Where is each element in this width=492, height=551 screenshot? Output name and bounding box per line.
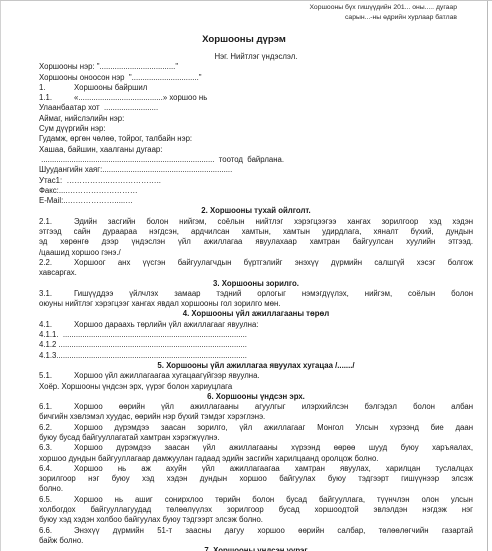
clause-text: байж болно. (39, 536, 83, 545)
paragraph-line: 6.3.Хоршоо дүрэмдээ заасан үйл ажиллагаа… (39, 443, 473, 453)
paragraph-line: эд хөрөнгө дээр үндэслэн үйл ажиллагаа я… (39, 237, 473, 247)
numbered-item: 5.1.Хоршоо үйл ажиллагаагаа хугацаагүйгэ… (39, 371, 473, 381)
paragraph-line: байж болно. (39, 536, 473, 546)
paragraph-line: 6.5.Хоршоо нь ашиг сонирхлоо төрийн боло… (39, 495, 473, 505)
clause-number: 2.2. (39, 258, 74, 268)
doc-line: Шуудангийн хаяг:........................… (39, 165, 473, 175)
clause-text: болно. (39, 484, 63, 493)
clause-number: 6.2. (39, 423, 74, 433)
clause-text: Хоршоо нь аж ахуйн үйл ажиллагаагаа хамт… (74, 464, 473, 473)
clause-text: этгээд сайн дураараа нэгдсэн, ардчилсан … (39, 227, 473, 236)
item-text: Хоршоо үйл ажиллагаагаа хугацаагүйгээр я… (74, 371, 260, 380)
approval-note: Хоршооны бүх гишүүдийн 201... оны..... д… (1, 3, 457, 22)
clause-text: /цаашид хоршоо гэнэ./ (39, 248, 121, 257)
clause-number: 6.6. (39, 526, 74, 536)
clause-number: 2.1. (39, 217, 74, 227)
numbered-item: 1.Хоршооны байршил (39, 83, 473, 93)
paragraph-line: этгээд сайн дураараа нэгдсэн, ардчилсан … (39, 227, 473, 237)
doc-line: Гудамж, өргөн чөлөө, тойрог, талбайн нэр… (39, 134, 473, 144)
clause-number: 3.1. (39, 289, 74, 299)
clause-text: Хоршоог анх үүсгэн байгуулагчдын бүртгэл… (74, 258, 473, 267)
clause-number: 6.4. (39, 464, 74, 474)
approval-line: Хоршооны бүх гишүүдийн 201... оны..... д… (1, 3, 457, 13)
clause-number: 6.3. (39, 443, 74, 453)
clause-text: Гишүүддээ үйлчлэх замаар тэдний орлогыг … (74, 289, 473, 298)
approval-line: сарын...-ны өдрийн хурлаар батлав (1, 13, 457, 23)
section-heading: 5. Хоршооны үйл ажиллагаа явуулах хугаца… (39, 361, 473, 371)
paragraph-line: 2.2.Хоршоог анх үүсгэн байгуулагчдын бүр… (39, 258, 473, 268)
clause-text: зорилгоор нэг буюу хэд хэдэн дундын хорш… (39, 474, 473, 483)
section-label: Нэг. Нийтлэг үндэслэл. (39, 52, 473, 62)
doc-line: Факс:....……………………… (39, 186, 473, 196)
doc-line: 4.1.3...................................… (39, 351, 473, 361)
paragraph-line: оюуны нийтлэг хэрэгцээг хангах явдал хор… (39, 299, 473, 309)
clause-text: хавсаргах. (39, 268, 77, 277)
numbered-item: 4.1.Хоршоо дараахь төрлийн үйл ажиллагаа… (39, 320, 473, 330)
page-title: Хоршооны дүрэм (1, 34, 487, 46)
clause-text: буюу хэд хэдэн холбоо байгуулах буюу тэд… (39, 515, 263, 524)
clause-number: 6.5. (39, 495, 74, 505)
doc-line: 4.1.2 ..................................… (39, 340, 473, 350)
paragraph-line: холбогдох байгууллагуудад төлөөлүүлэх зо… (39, 505, 473, 515)
section-heading: 6. Хоршооны үндсэн эрх. (39, 392, 473, 402)
clause-number: 6.1. (39, 402, 74, 412)
clause-text: Хоршоо өөрийн үйл ажиллагааны агуулгыг и… (74, 402, 473, 411)
document-viewport: Хоршооны бүх гишүүдийн 201... оны..... д… (0, 0, 492, 551)
doc-line: Хашаа, байшин, хаалганы дугаар: (39, 145, 473, 155)
doc-line: Аймаг, нийслэлийн нэр: (39, 114, 473, 124)
paragraph-line: 6.6.Энэхүү дүрмийн 51-т заасны дагуу хор… (39, 526, 473, 536)
clause-text: оюуны нийтлэг хэрэгцээг хангах явдал хор… (39, 299, 280, 308)
doc-line: Хоршооны оноосон нэр "..................… (39, 73, 473, 83)
section-heading: 2. Хоршооны тухай ойлголт. (39, 206, 473, 216)
section-heading: 3. Хоршооны зорилго. (39, 279, 473, 289)
paragraph-line: 2.1.Эдийн засгийн болон нийгэм, соёлын н… (39, 217, 473, 227)
clause-text: холбогдох байгууллагуудад төлөөлүүлэх зо… (39, 505, 473, 514)
item-text: «.......................................… (74, 93, 207, 102)
clause-text: Хоршоо дүрэмдээ заасан үйл ажиллагааны х… (74, 443, 473, 452)
clause-text: бичгийн хэвлэмэл хуудас, өөрийн нэр бүхи… (39, 412, 265, 421)
item-text: Хоршооны байршил (74, 83, 147, 92)
clause-text: Хоршоо дүрэмдээ заасан зорилго, үйл ажил… (74, 423, 473, 432)
item-number: 4.1. (39, 320, 74, 330)
paragraph-line: болно. (39, 484, 473, 494)
clause-text: хоршоо дундын байгууллагаар дамжуулан га… (39, 454, 378, 463)
doc-line: 4.1.1. .................................… (39, 330, 473, 340)
doc-line: Сум дүүргийн нэр: (39, 124, 473, 134)
item-text: Хоршоо дараахь төрлийн үйл ажиллагааг яв… (74, 320, 258, 329)
doc-line: E-Mail:..……………….....… (39, 196, 473, 206)
paragraph-line: 3.1.Гишүүддээ үйлчлэх замаар тэдний орло… (39, 289, 473, 299)
doc-line: Хоршооны нэр: ".........................… (39, 62, 473, 72)
clause-text: Хоршоо нь ашиг сонирхлоо төрийн болон бу… (74, 495, 473, 504)
section-heading: 4. Хоршооны үйл ажиллагааны төрөл (39, 309, 473, 319)
paragraph-line: хоршоо дундын байгууллагаар дамжуулан га… (39, 454, 473, 464)
paragraph-line: бичгийн хэвлэмэл хуудас, өөрийн нэр бүхи… (39, 412, 473, 422)
document-page: Хоршооны бүх гишүүдийн 201... оны..... д… (0, 1, 488, 551)
clause-text: Эдийн засгийн болон нийгэм, соёлын нийтл… (74, 217, 473, 226)
numbered-item: 1.1.«...................................… (39, 93, 473, 103)
clause-text: эд хөрөнгө дээр үндэслэн үйл ажиллагаа я… (39, 237, 473, 246)
paragraph-line: /цаашид хоршоо гэнэ./ (39, 248, 473, 258)
paragraph-line: буюу бусад байгууллагатай хамтран хэрэгж… (39, 433, 473, 443)
doc-line: Улаанбаатар хот ........................… (39, 103, 473, 113)
doc-line: Утас1: ……………..……………….. (39, 176, 473, 186)
section-heading: 7. Хоршооны үндсэн үүрэг (39, 546, 473, 551)
doc-line: Хоёр. Хоршооны үндсэн эрх, үүрэг болон х… (39, 382, 473, 392)
paragraph-line: зорилгоор нэг буюу хэд хэдэн дундын хорш… (39, 474, 473, 484)
paragraph-line: 6.2.Хоршоо дүрэмдээ заасан зорилго, үйл … (39, 423, 473, 433)
document-body: Нэг. Нийтлэг үндэслэл.Хоршооны нэр: "...… (39, 52, 473, 551)
item-number: 1. (39, 83, 74, 93)
paragraph-line: буюу хэд хэдэн холбоо байгуулах буюу тэд… (39, 515, 473, 525)
clause-text: Энэхүү дүрмийн 51-т заасны дагуу хоршоо … (74, 526, 473, 535)
doc-line: ........................................… (39, 155, 473, 165)
item-number: 1.1. (39, 93, 74, 103)
paragraph-line: хавсаргах. (39, 268, 473, 278)
item-number: 5.1. (39, 371, 74, 381)
paragraph-line: 6.4.Хоршоо нь аж ахуйн үйл ажиллагаагаа … (39, 464, 473, 474)
clause-text: буюу бусад байгууллагатай хамтран хэрэгж… (39, 433, 220, 442)
paragraph-line: 6.1.Хоршоо өөрийн үйл ажиллагааны агуулг… (39, 402, 473, 412)
